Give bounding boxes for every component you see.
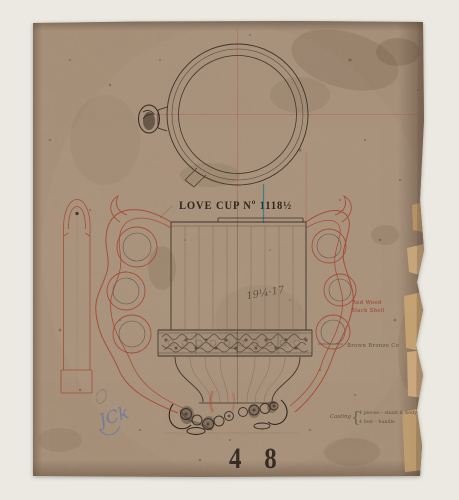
drawing-sheet: LOVE CUP Nº 1118½ — [0, 0, 459, 500]
casting-line2: 4 feet – handle — [359, 419, 395, 425]
paper-edge-top — [33, 21, 424, 31]
paper-edge-left — [33, 21, 42, 477]
scanned-drawing-stage: LOVE CUP Nº 1118½ — [0, 0, 459, 500]
title-stamp: LOVE CUP Nº 1118½ — [179, 198, 292, 212]
plate-number-stamp: 4 8 — [229, 442, 285, 475]
paper-surface: LOVE CUP Nº 1118½ — [30, 18, 432, 483]
casting-label: Casting — [330, 414, 351, 420]
leader-note-text: Brown Bronze Co — [347, 343, 399, 349]
casting-line1: 4 pieces – stand & body — [359, 410, 417, 416]
red-note-line1: Red Wood — [352, 300, 382, 306]
ornament-band — [158, 330, 312, 356]
red-note-line2: Black Shell — [351, 308, 385, 314]
